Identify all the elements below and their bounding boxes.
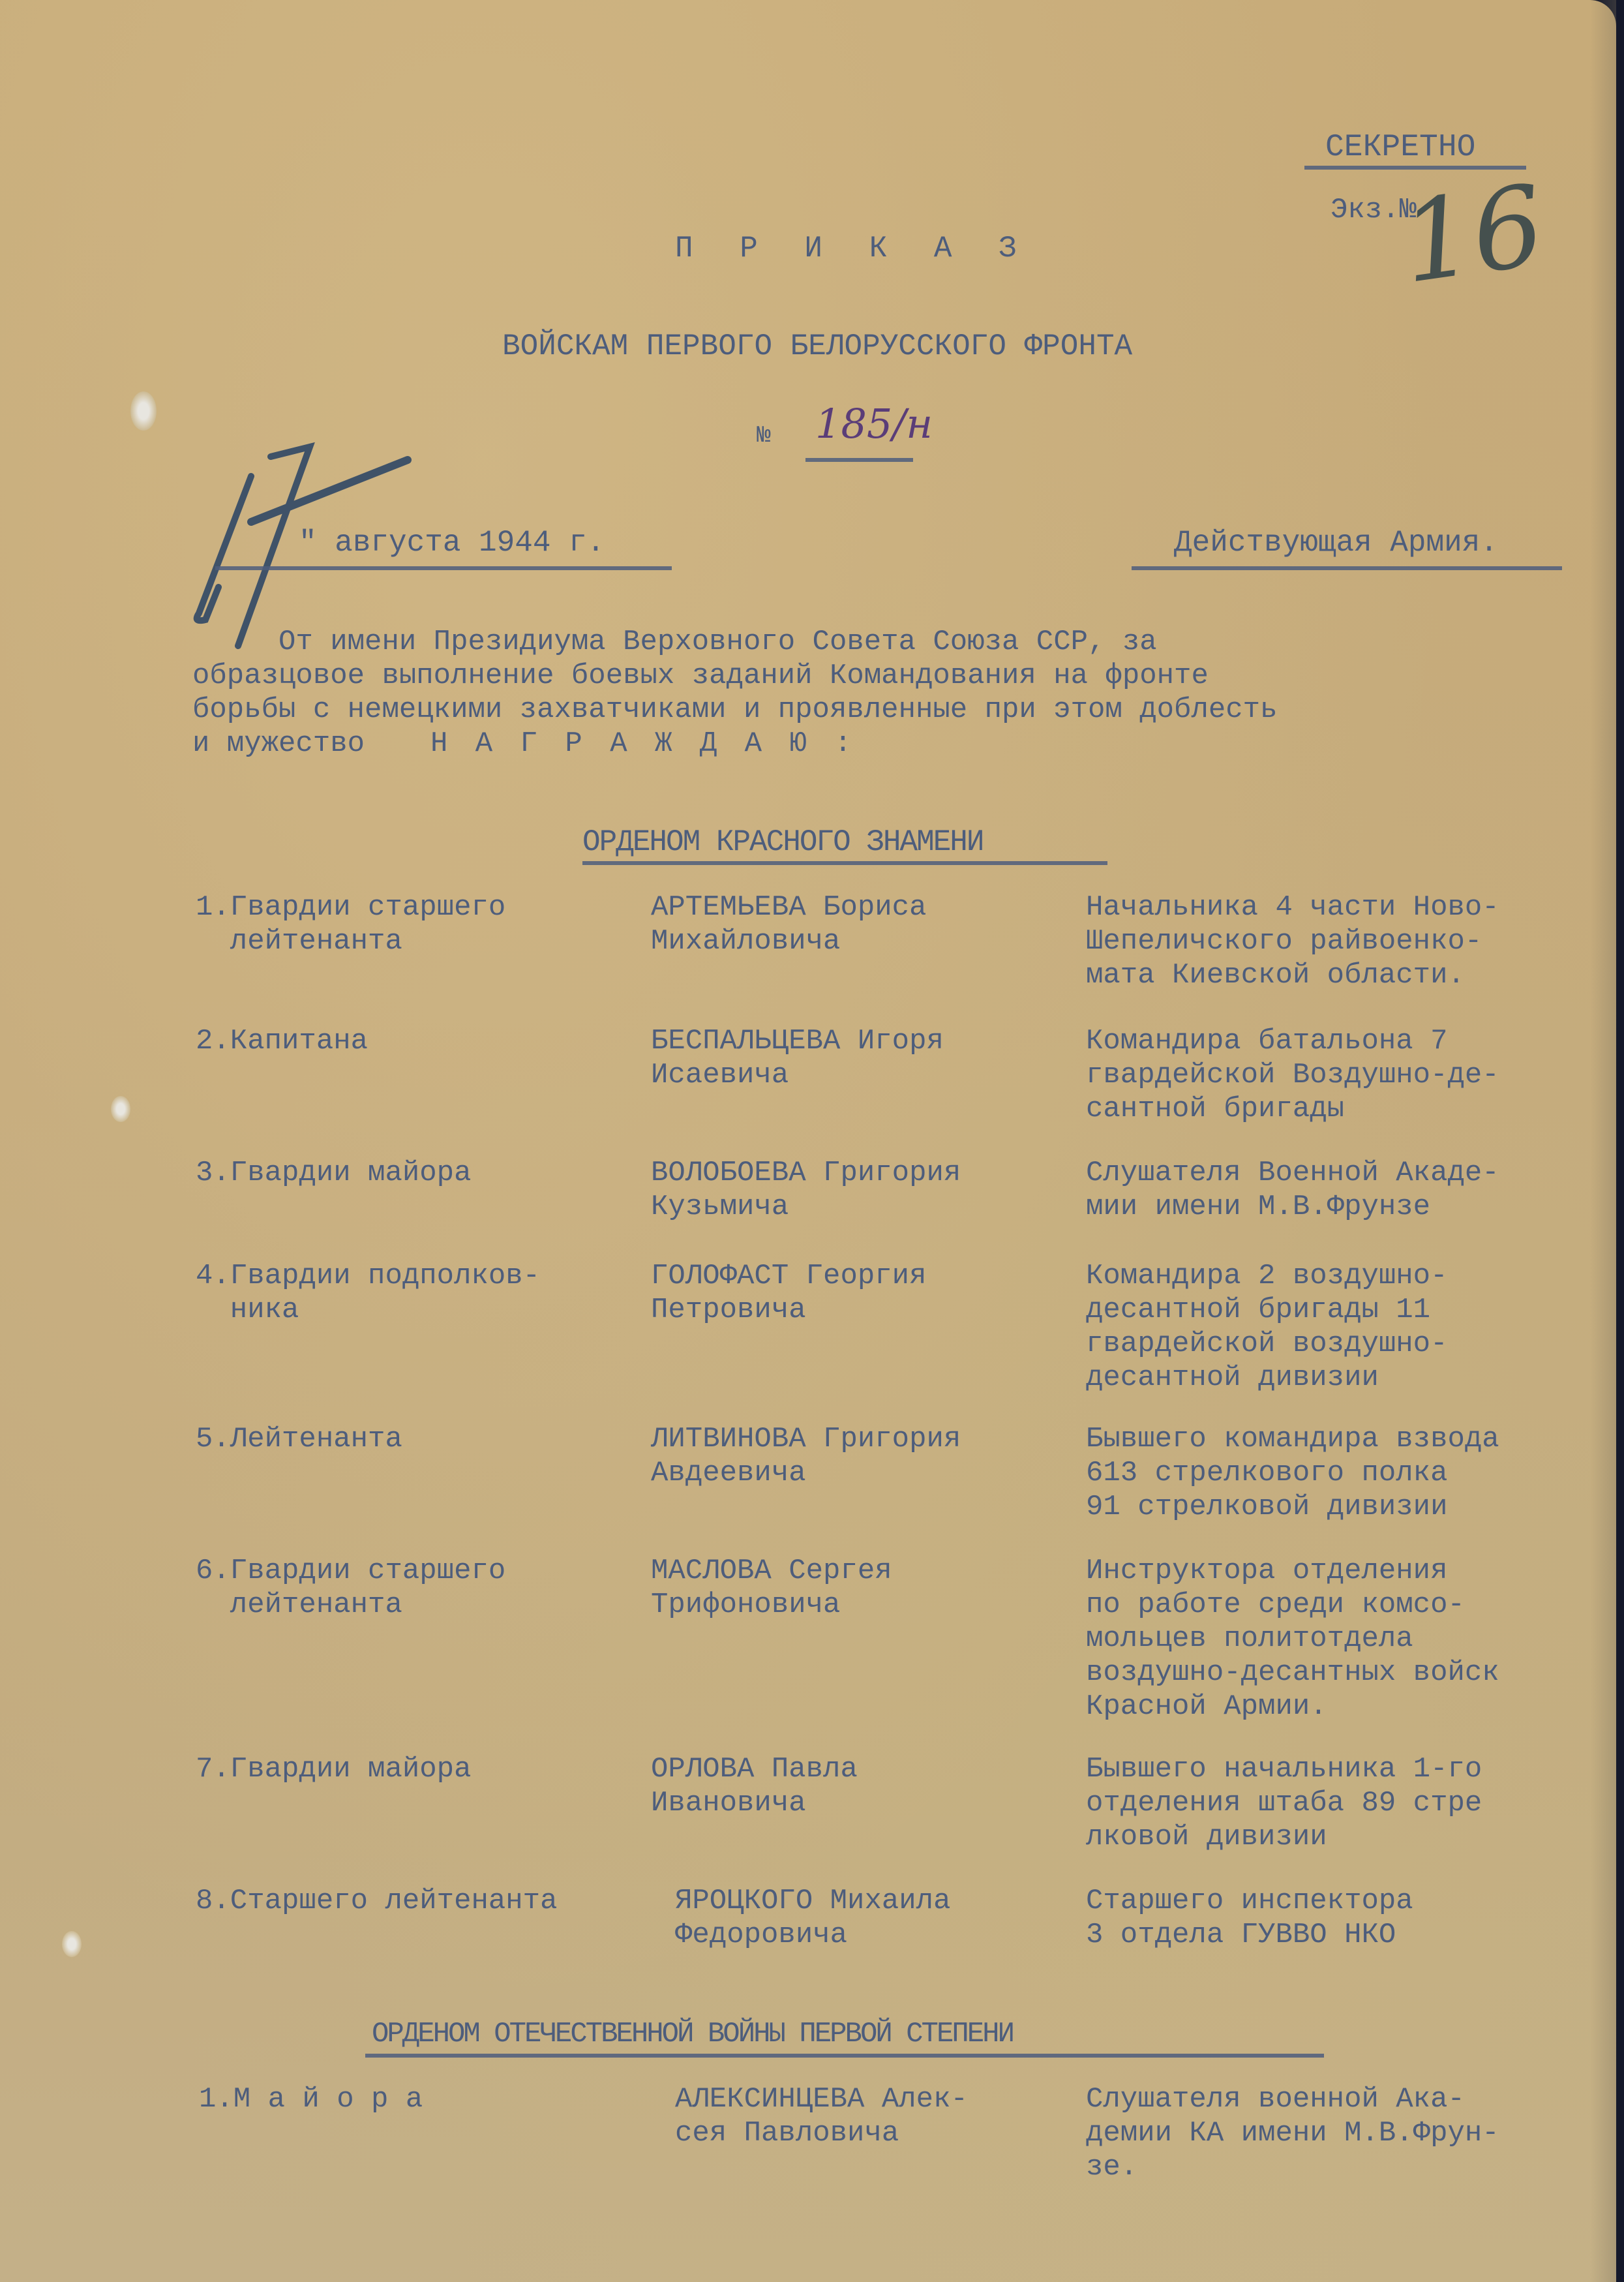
rank-line: 5.Лейтенанта: [196, 1422, 402, 1456]
position-line: 91 стрелковой дивизии: [1086, 1490, 1499, 1524]
position-line: 613 стрелкового полка: [1086, 1456, 1499, 1490]
entry-rank: 1.М а й о р а: [199, 2082, 423, 2116]
classification-stamp: СЕКРЕТНО: [1325, 130, 1475, 164]
position-line: гвардейской Воздушно-де-: [1086, 1058, 1499, 1092]
position-line: Шепеличского райвоенко-: [1086, 924, 1499, 958]
position-line: по работе среди комсо-: [1086, 1588, 1499, 1622]
position-line: Инструктора отделения: [1086, 1554, 1499, 1588]
rank-line: лейтенанта: [196, 1588, 505, 1622]
entry-name: АЛЕКСИНЦЕВА Алек- сея Павловича: [675, 2082, 968, 2150]
entry-rank: 3.Гвардии майора: [196, 1156, 471, 1190]
position-line: сантной бригады: [1086, 1092, 1499, 1126]
name-line: Ивановича: [651, 1786, 858, 1820]
preamble-line: борьбы с немецкими захватчиками и проявл…: [192, 693, 1277, 727]
name-line: Михайловича: [651, 924, 926, 958]
name-line: АЛЕКСИНЦЕВА Алек-: [675, 2082, 968, 2116]
entry-rank: 2.Капитана: [196, 1024, 368, 1058]
rank-line: 1.М а й о р а: [199, 2082, 423, 2116]
location-underline: [1132, 566, 1562, 570]
entry-rank: 1.Гвардии старшего лейтенанта: [196, 890, 505, 958]
rank-line: лейтенанта: [196, 924, 505, 958]
rank-line: 7.Гвардии майора: [196, 1752, 471, 1786]
entry-name: ВОЛОБОЕВА Григория Кузьмича: [651, 1156, 961, 1224]
entry-rank: 4.Гвардии подполков- ника: [196, 1259, 540, 1327]
position-line: воздушно-десантных войск: [1086, 1656, 1499, 1690]
name-line: ОРЛОВА Павла: [651, 1752, 858, 1786]
position-line: лковой дивизии: [1086, 1820, 1482, 1854]
name-line: Кузьмича: [651, 1190, 961, 1224]
entry-name: БЕСПАЛЬЦЕВА Игоря Исаевича: [651, 1024, 944, 1092]
entry-position: Инструктора отделения по работе среди ко…: [1086, 1554, 1499, 1724]
name-line: БЕСПАЛЬЦЕВА Игоря: [651, 1024, 944, 1058]
name-line: Авдеевича: [651, 1456, 961, 1490]
section-heading-underline: [582, 861, 1107, 865]
position-line: Старшего инспектора: [1086, 1884, 1413, 1918]
position-line: 3 отдела ГУВВО НКО: [1086, 1918, 1413, 1952]
copy-number-handwritten: 16: [1395, 167, 1551, 303]
position-line: Бывшего начальника 1-го: [1086, 1752, 1482, 1786]
entry-name: МАСЛОВА Сергея Трифоновича: [651, 1554, 892, 1622]
entry-position: Бывшего начальника 1-го отделения штаба …: [1086, 1752, 1482, 1854]
name-line: Трифоновича: [651, 1588, 892, 1622]
entry-position: Старшего инспектора 3 отдела ГУВВО НКО: [1086, 1884, 1413, 1952]
punch-hole: [130, 391, 157, 431]
award-word: Н А Г Р А Ж Д А Ю :: [430, 727, 857, 761]
entry-name: ЯРОЦКОГО Михаила Федоровича: [675, 1884, 950, 1952]
name-line: Федоровича: [675, 1918, 950, 1952]
name-line: ЛИТВИНОВА Григория: [651, 1422, 961, 1456]
location-text: Действующая Армия.: [1174, 526, 1498, 560]
entry-rank: 5.Лейтенанта: [196, 1422, 402, 1456]
entry-position: Слушателя Военной Акаде- мии имени М.В.Ф…: [1086, 1156, 1499, 1224]
section-heading-red-banner: ОРДЕНОМ КРАСНОГО ЗНАМЕНИ: [582, 825, 984, 859]
section-heading-patriotic-war: ОРДЕНОМ ОТЕЧЕСТВЕННОЙ ВОЙНЫ ПЕРВОЙ СТЕПЕ…: [372, 2017, 1013, 2051]
position-line: мии имени М.В.Фрунзе: [1086, 1190, 1499, 1224]
entry-name: ГОЛОФАСТ Георгия Петровича: [651, 1259, 926, 1327]
date-underline: [215, 566, 672, 570]
entry-name: ОРЛОВА Павла Ивановича: [651, 1752, 858, 1820]
name-line: ЯРОЦКОГО Михаила: [675, 1884, 950, 1918]
position-line: Красной Армии.: [1086, 1690, 1499, 1724]
position-line: десантной дивизии: [1086, 1361, 1448, 1395]
position-line: Слушателя Военной Акаде-: [1086, 1156, 1499, 1190]
rank-line: 1.Гвардии старшего: [196, 890, 505, 924]
entry-position: Начальника 4 части Ново- Шепеличского ра…: [1086, 890, 1499, 992]
position-line: мата Киевской области.: [1086, 958, 1499, 992]
rank-line: 3.Гвардии майора: [196, 1156, 471, 1190]
name-line: МАСЛОВА Сергея: [651, 1554, 892, 1588]
position-line: десантной бригады 11: [1086, 1293, 1448, 1327]
page-title: П Р И К А З: [675, 232, 1031, 266]
entry-rank: 7.Гвардии майора: [196, 1752, 471, 1786]
rank-line: 6.Гвардии старшего: [196, 1554, 505, 1588]
entry-name: ЛИТВИНОВА Григория Авдеевича: [651, 1422, 961, 1490]
rank-line: 4.Гвардии подполков-: [196, 1259, 540, 1293]
name-line: ГОЛОФАСТ Георгия: [651, 1259, 926, 1293]
preamble-line: образцовое выполнение боевых заданий Ком…: [192, 659, 1277, 693]
document-page: СЕКРЕТНО Экз.№ 16 П Р И К А З ВОЙСКАМ ПЕ…: [0, 0, 1616, 2282]
position-line: гвардейской воздушно-: [1086, 1327, 1448, 1361]
entry-position: Слушателя военной Ака- демии КА имени М.…: [1086, 2082, 1499, 2184]
position-line: зе.: [1086, 2150, 1499, 2184]
position-line: мольцев политотдела: [1086, 1622, 1499, 1656]
entry-position: Командира батальона 7 гвардейской Воздуш…: [1086, 1024, 1499, 1126]
rank-line: 2.Капитана: [196, 1024, 368, 1058]
position-line: Начальника 4 части Ново-: [1086, 890, 1499, 924]
name-line: сея Павловича: [675, 2116, 968, 2150]
position-line: отделения штаба 89 стре: [1086, 1786, 1482, 1820]
order-number-handwritten: 185/н: [815, 401, 933, 447]
name-line: АРТЕМЬЕВА Бориса: [651, 890, 926, 924]
position-line: Слушателя военной Ака-: [1086, 2082, 1499, 2116]
punch-hole: [62, 1931, 82, 1957]
position-line: Бывшего командира взвода: [1086, 1422, 1499, 1456]
position-line: Командира батальона 7: [1086, 1024, 1499, 1058]
order-number-prefix: №: [757, 419, 771, 453]
entry-rank: 6.Гвардии старшего лейтенанта: [196, 1554, 505, 1622]
rank-line: 8.Старшего лейтенанта: [196, 1884, 558, 1918]
position-line: демии КА имени М.В.Фрун-: [1086, 2116, 1499, 2150]
name-line: Петровича: [651, 1293, 926, 1327]
preamble-line: От имени Президиума Верховного Совета Со…: [192, 625, 1277, 659]
rank-line: ника: [196, 1293, 540, 1327]
name-line: Исаевича: [651, 1058, 944, 1092]
section-heading-underline: [365, 2054, 1324, 2058]
order-number-underline: [805, 458, 913, 462]
entry-rank: 8.Старшего лейтенанта: [196, 1884, 558, 1918]
page-subtitle: ВОЙСКАМ ПЕРВОГО БЕЛОРУССКОГО ФРОНТА: [502, 329, 1132, 363]
entry-name: АРТЕМЬЕВА Бориса Михайловича: [651, 890, 926, 958]
entry-position: Командира 2 воздушно- десантной бригады …: [1086, 1259, 1448, 1395]
date-text: " августа 1944 г.: [299, 526, 605, 560]
name-line: ВОЛОБОЕВА Григория: [651, 1156, 961, 1190]
entry-position: Бывшего командира взвода 613 стрелкового…: [1086, 1422, 1499, 1524]
position-line: Командира 2 воздушно-: [1086, 1259, 1448, 1293]
punch-hole: [111, 1096, 130, 1122]
